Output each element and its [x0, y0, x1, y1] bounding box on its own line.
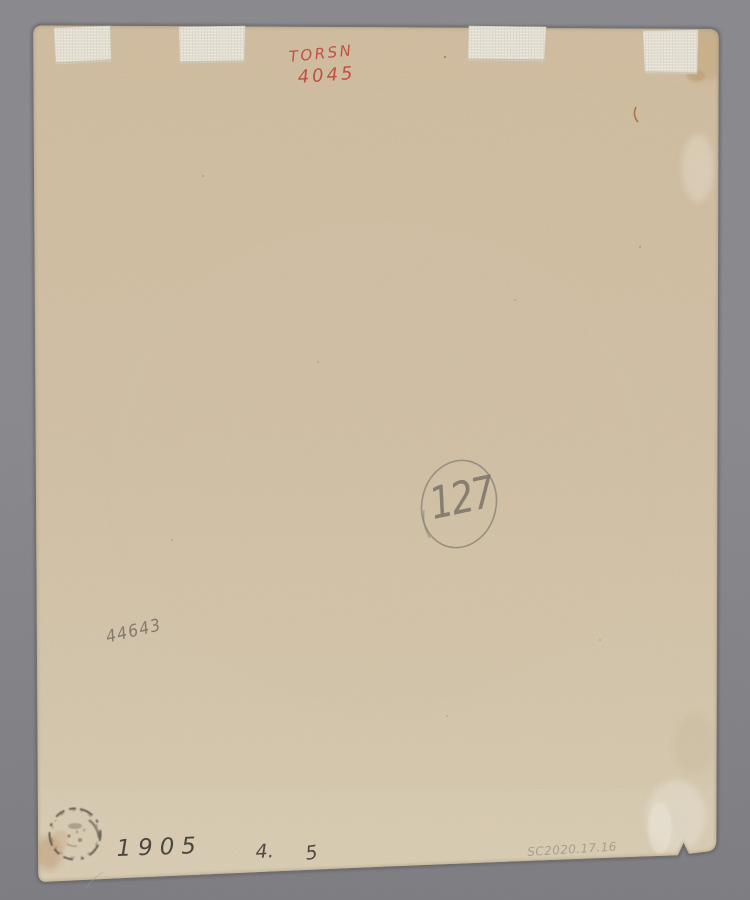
paper-artwork: [0, 0, 750, 900]
archival-photo-verso-scan: TORSN 4045 127 44643 1905 4. 5 SC2020.17…: [0, 0, 750, 900]
grain-overlay: [0, 0, 750, 900]
